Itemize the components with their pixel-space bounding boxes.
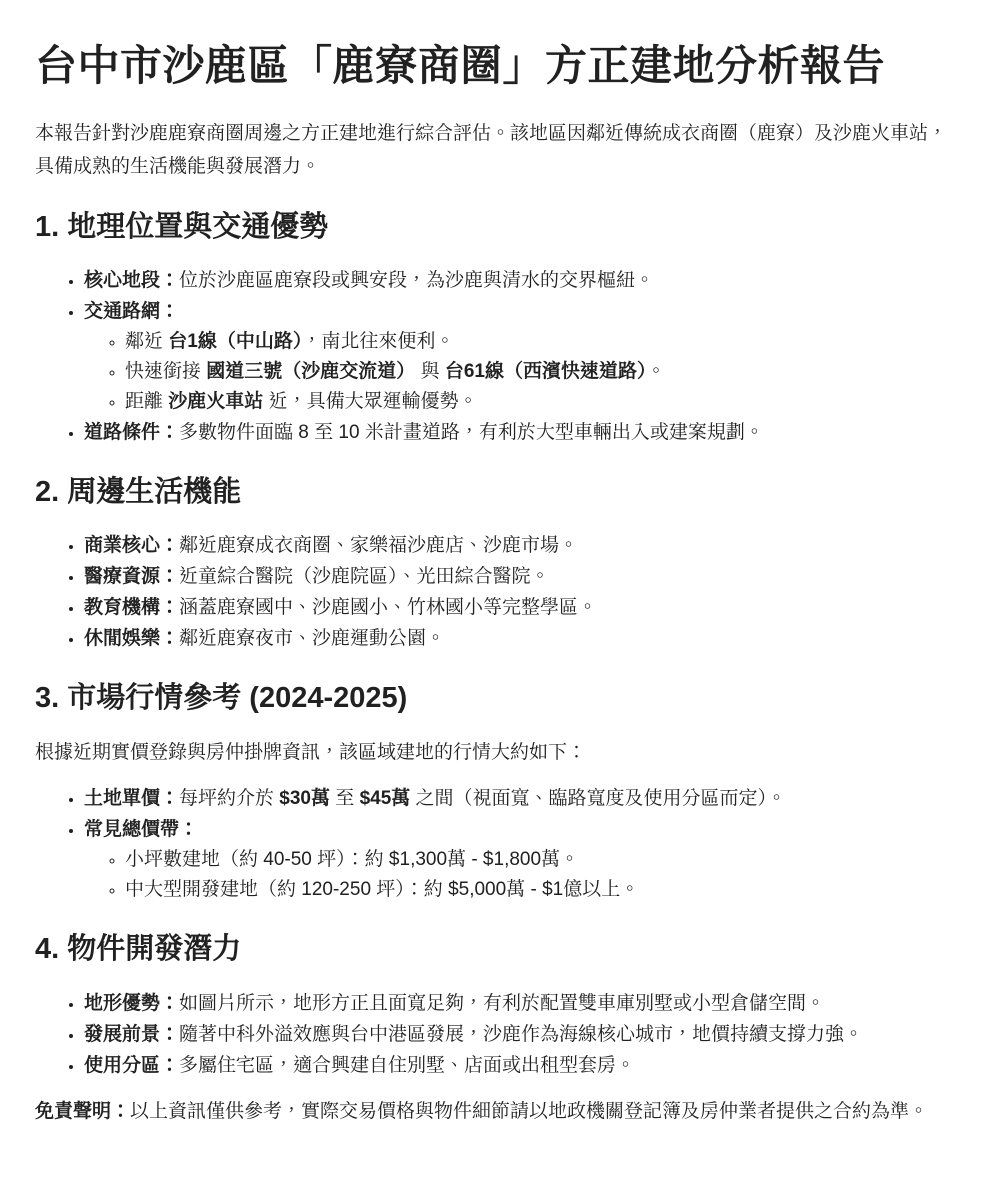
sub-bullet-list: 小坪數建地（約 40-50 坪）：約 $1,300萬 - $1,800萬。中大型… [84, 845, 960, 905]
bold-text: 商業核心： [84, 535, 179, 556]
text: 隨著中科外溢效應與台中港區發展，沙鹿作為海線核心城市，地價持續支撐力強。 [179, 1024, 863, 1045]
report-sections: 1. 地理位置與交通優勢核心地段：位於沙鹿區鹿寮段或興安段，為沙鹿與清水的交界樞… [35, 209, 960, 1081]
bold-text: 發展前景： [84, 1024, 179, 1045]
text: 鄰近 [125, 331, 168, 352]
list-item: 土地單價：每坪約介於 $30萬 至 $45萬 之間（視面寬、臨路寬度及使用分區而… [84, 783, 960, 814]
text: 之間（視面寬、臨路寬度及使用分區而定）。 [410, 788, 786, 809]
bullet-list: 商業核心：鄰近鹿寮成衣商圈、家樂福沙鹿店、沙鹿市場。醫療資源：近童綜合醫院（沙鹿… [35, 530, 960, 654]
bold-text: 交通路網： [84, 301, 179, 322]
text: 。 [647, 361, 666, 382]
text: 距離 [125, 391, 168, 412]
bold-text: 免責聲明： [35, 1101, 130, 1122]
text: 鄰近鹿寮夜市、沙鹿運動公園。 [179, 628, 445, 649]
list-item: 道路條件：多數物件面臨 8 至 10 米計畫道路，有利於大型車輛出入或建案規劃。 [84, 417, 960, 448]
report-section: 4. 物件開發潛力地形優勢：如圖片所示，地形方正且面寬足夠，有利於配置雙車庫別墅… [35, 931, 960, 1080]
sub-bullet-list: 鄰近 台1線（中山路），南北往來便利。快速銜接 國道三號（沙鹿交流道） 與 台6… [84, 327, 960, 417]
bullet-list: 地形優勢：如圖片所示，地形方正且面寬足夠，有利於配置雙車庫別墅或小型倉儲空間。發… [35, 988, 960, 1081]
disclaimer: 免責聲明：以上資訊僅供參考，實際交易價格與物件細節請以地政機關登記簿及房仲業者提… [35, 1095, 960, 1128]
section-heading: 2. 周邊生活機能 [35, 474, 960, 510]
sub-list-item: 小坪數建地（約 40-50 坪）：約 $1,300萬 - $1,800萬。 [125, 845, 960, 875]
text: ，南北往來便利。 [302, 331, 454, 352]
sub-list-item: 中大型開發建地（約 120-250 坪）：約 $5,000萬 - $1億以上。 [125, 875, 960, 905]
text: 至 [330, 788, 360, 809]
text: 如圖片所示，地形方正且面寬足夠，有利於配置雙車庫別墅或小型倉儲空間。 [179, 993, 825, 1014]
text: 多數物件面臨 8 至 10 米計畫道路，有利於大型車輛出入或建案規劃。 [179, 422, 764, 443]
report-section: 1. 地理位置與交通優勢核心地段：位於沙鹿區鹿寮段或興安段，為沙鹿與清水的交界樞… [35, 209, 960, 448]
section-paragraph: 根據近期實價登錄與房仲掛牌資訊，該區域建地的行情大約如下： [35, 736, 960, 769]
report-document: 台中市沙鹿區「鹿寮商圈」方正建地分析報告 本報告針對沙鹿鹿寮商圈周邊之方正建地進… [0, 0, 995, 1188]
list-item: 常見總價帶：小坪數建地（約 40-50 坪）：約 $1,300萬 - $1,80… [84, 814, 960, 905]
list-item: 教育機構：涵蓋鹿寮國中、沙鹿國小、竹林國小等完整學區。 [84, 592, 960, 623]
section-heading: 4. 物件開發潛力 [35, 931, 960, 967]
section-heading: 3. 市場行情參考 (2024-2025) [35, 680, 960, 716]
bold-text: 台1線（中山路） [168, 331, 302, 352]
text: 小坪數建地（約 40-50 坪）：約 $1,300萬 - $1,800萬。 [125, 849, 579, 870]
bold-text: 常見總價帶： [84, 819, 198, 840]
list-item: 商業核心：鄰近鹿寮成衣商圈、家樂福沙鹿店、沙鹿市場。 [84, 530, 960, 561]
bold-text: 國道三號（沙鹿交流道） [206, 361, 415, 382]
list-item: 地形優勢：如圖片所示，地形方正且面寬足夠，有利於配置雙車庫別墅或小型倉儲空間。 [84, 988, 960, 1019]
bold-text: 教育機構： [84, 597, 179, 618]
list-item: 核心地段：位於沙鹿區鹿寮段或興安段，為沙鹿與清水的交界樞紐。 [84, 265, 960, 296]
bold-text: 休閒娛樂： [84, 628, 179, 649]
text: 多屬住宅區，適合興建自住別墅、店面或出租型套房。 [179, 1055, 635, 1076]
bullet-list: 核心地段：位於沙鹿區鹿寮段或興安段，為沙鹿與清水的交界樞紐。交通路網：鄰近 台1… [35, 265, 960, 448]
sub-list-item: 鄰近 台1線（中山路），南北往來便利。 [125, 327, 960, 357]
text: 中大型開發建地（約 120-250 坪）：約 $5,000萬 - $1億以上。 [125, 879, 639, 900]
text: 以上資訊僅供參考，實際交易價格與物件細節請以地政機關登記簿及房仲業者提供之合約為… [130, 1101, 928, 1122]
list-item: 休閒娛樂：鄰近鹿寮夜市、沙鹿運動公園。 [84, 623, 960, 654]
list-item: 醫療資源：近童綜合醫院（沙鹿院區）、光田綜合醫院。 [84, 561, 960, 592]
list-item: 交通路網：鄰近 台1線（中山路），南北往來便利。快速銜接 國道三號（沙鹿交流道）… [84, 296, 960, 417]
sub-list-item: 距離 沙鹿火車站 近，具備大眾運輸優勢。 [125, 387, 960, 417]
bold-text: 土地單價： [84, 788, 179, 809]
section-heading: 1. 地理位置與交通優勢 [35, 209, 960, 245]
bold-text: 地形優勢： [84, 993, 179, 1014]
bold-text: 醫療資源： [84, 566, 179, 587]
text: 涵蓋鹿寮國中、沙鹿國小、竹林國小等完整學區。 [179, 597, 597, 618]
bold-text: 沙鹿火車站 [168, 391, 263, 412]
text: 近，具備大眾運輸優勢。 [263, 391, 477, 412]
bold-text: 台61線（西濱快速道路） [445, 361, 647, 382]
bold-text: 使用分區： [84, 1055, 179, 1076]
report-section: 3. 市場行情參考 (2024-2025)根據近期實價登錄與房仲掛牌資訊，該區域… [35, 680, 960, 905]
text: 位於沙鹿區鹿寮段或興安段，為沙鹿與清水的交界樞紐。 [179, 270, 654, 291]
text: 鄰近鹿寮成衣商圈、家樂福沙鹿店、沙鹿市場。 [179, 535, 578, 556]
bold-text: 核心地段： [84, 270, 179, 291]
bold-text: 道路條件： [84, 422, 179, 443]
bullet-list: 土地單價：每坪約介於 $30萬 至 $45萬 之間（視面寬、臨路寬度及使用分區而… [35, 783, 960, 905]
intro-paragraph: 本報告針對沙鹿鹿寮商圈周邊之方正建地進行綜合評估。該地區因鄰近傳統成衣商圈（鹿寮… [35, 117, 960, 183]
text: 與 [415, 361, 445, 382]
bold-text: $30萬 [279, 788, 330, 809]
text: 近童綜合醫院（沙鹿院區）、光田綜合醫院。 [179, 566, 550, 587]
text: 快速銜接 [125, 361, 206, 382]
report-title: 台中市沙鹿區「鹿寮商圈」方正建地分析報告 [35, 40, 960, 93]
list-item: 發展前景：隨著中科外溢效應與台中港區發展，沙鹿作為海線核心城市，地價持續支撐力強… [84, 1019, 960, 1050]
sub-list-item: 快速銜接 國道三號（沙鹿交流道） 與 台61線（西濱快速道路）。 [125, 357, 960, 387]
bold-text: $45萬 [360, 788, 411, 809]
list-item: 使用分區：多屬住宅區，適合興建自住別墅、店面或出租型套房。 [84, 1050, 960, 1081]
text: 每坪約介於 [179, 788, 279, 809]
report-section: 2. 周邊生活機能商業核心：鄰近鹿寮成衣商圈、家樂福沙鹿店、沙鹿市場。醫療資源：… [35, 474, 960, 654]
